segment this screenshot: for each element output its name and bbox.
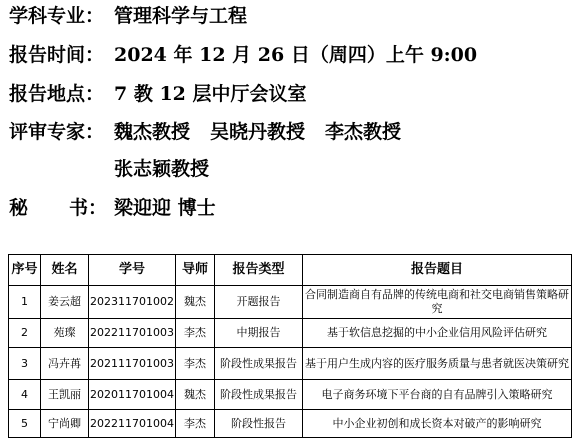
header-id: 学号 — [89, 255, 176, 286]
header-no: 序号 — [9, 255, 41, 286]
time-value: 2024 年 12 月 26 日（周四）上午 9:00 — [114, 44, 477, 66]
cell-no: 3 — [9, 348, 41, 380]
table-row: 2 苑璨 202211701003 李杰 中期报告 基于软信息挖掘的中小企业信用… — [9, 319, 572, 348]
header-title: 报告题目 — [302, 255, 571, 286]
cell-title: 基于软信息挖掘的中小企业信用风险评估研究 — [302, 319, 571, 348]
cell-type: 开题报告 — [214, 286, 302, 319]
location-label: 报告地点： — [9, 83, 114, 105]
secretary-line: 秘书：梁迎迎 博士 — [9, 197, 216, 219]
cell-advisor: 李杰 — [175, 410, 214, 438]
cell-id: 202311701002 — [89, 286, 176, 319]
cell-advisor: 魏杰 — [175, 380, 214, 410]
table-row: 3 冯卉苒 202111701003 李杰 阶段性成果报告 基于用户生成内容的医… — [9, 348, 572, 380]
secretary-label-b: 书： — [69, 197, 107, 219]
schedule-table: 序号 姓名 学号 导师 报告类型 报告题目 1 姜云超 202311701002… — [8, 254, 572, 438]
table-row: 1 姜云超 202311701002 魏杰 开题报告 合同制造商自有品牌的传统电… — [9, 286, 572, 319]
table-row: 5 宁尚卿 202211701004 李杰 阶段性报告 中小企业初创和成长资本对… — [9, 410, 572, 438]
major-label: 学科专业： — [9, 5, 114, 27]
cell-id: 202211701004 — [89, 410, 176, 438]
header-name: 姓名 — [41, 255, 89, 286]
cell-title: 电子商务环境下平台商的自有品牌引入策略研究 — [302, 380, 571, 410]
expert-name: 李杰教授 — [325, 121, 401, 143]
expert-name: 张志颖教授 — [114, 158, 209, 180]
cell-no: 5 — [9, 410, 41, 438]
secretary-value: 梁迎迎 博士 — [114, 197, 216, 219]
cell-name: 宁尚卿 — [41, 410, 89, 438]
cell-no: 1 — [9, 286, 41, 319]
major-value: 管理科学与工程 — [114, 5, 247, 27]
expert-name: 魏杰教授 — [114, 121, 190, 143]
location-line: 报告地点：7 教 12 层中厅会议室 — [9, 83, 307, 105]
cell-name: 苑璨 — [41, 319, 89, 348]
cell-title: 中小企业初创和成长资本对破产的影响研究 — [302, 410, 571, 438]
secretary-label-a: 秘 — [9, 197, 69, 219]
experts-line: 评审专家：魏杰教授吴晓丹教授李杰教授 — [9, 121, 421, 143]
major-line: 学科专业：管理科学与工程 — [9, 5, 247, 27]
cell-id: 202111701003 — [89, 348, 176, 380]
experts-line-2: 张志颖教授 — [9, 158, 229, 180]
table-row: 4 王凯丽 202011701004 魏杰 阶段性成果报告 电子商务环境下平台商… — [9, 380, 572, 410]
location-value: 7 教 12 层中厅会议室 — [114, 83, 307, 105]
cell-name: 冯卉苒 — [41, 348, 89, 380]
time-line: 报告时间：2024 年 12 月 26 日（周四）上午 9:00 — [9, 44, 477, 66]
table-header-row: 序号 姓名 学号 导师 报告类型 报告题目 — [9, 255, 572, 286]
experts-label: 评审专家： — [9, 121, 114, 143]
cell-no: 2 — [9, 319, 41, 348]
cell-type: 阶段性成果报告 — [214, 348, 302, 380]
expert-name: 吴晓丹教授 — [210, 121, 305, 143]
cell-type: 阶段性成果报告 — [214, 380, 302, 410]
header-type: 报告类型 — [214, 255, 302, 286]
cell-name: 王凯丽 — [41, 380, 89, 410]
cell-type: 阶段性报告 — [214, 410, 302, 438]
cell-type: 中期报告 — [214, 319, 302, 348]
cell-name: 姜云超 — [41, 286, 89, 319]
time-label: 报告时间： — [9, 44, 114, 66]
cell-title: 基于用户生成内容的医疗服务质量与患者就医决策研究 — [302, 348, 571, 380]
cell-title: 合同制造商自有品牌的传统电商和社交电商销售策略研究 — [302, 286, 571, 319]
cell-advisor: 李杰 — [175, 319, 214, 348]
cell-advisor: 魏杰 — [175, 286, 214, 319]
header-advisor: 导师 — [175, 255, 214, 286]
cell-advisor: 李杰 — [175, 348, 214, 380]
cell-no: 4 — [9, 380, 41, 410]
cell-id: 202211701003 — [89, 319, 176, 348]
cell-id: 202011701004 — [89, 380, 176, 410]
